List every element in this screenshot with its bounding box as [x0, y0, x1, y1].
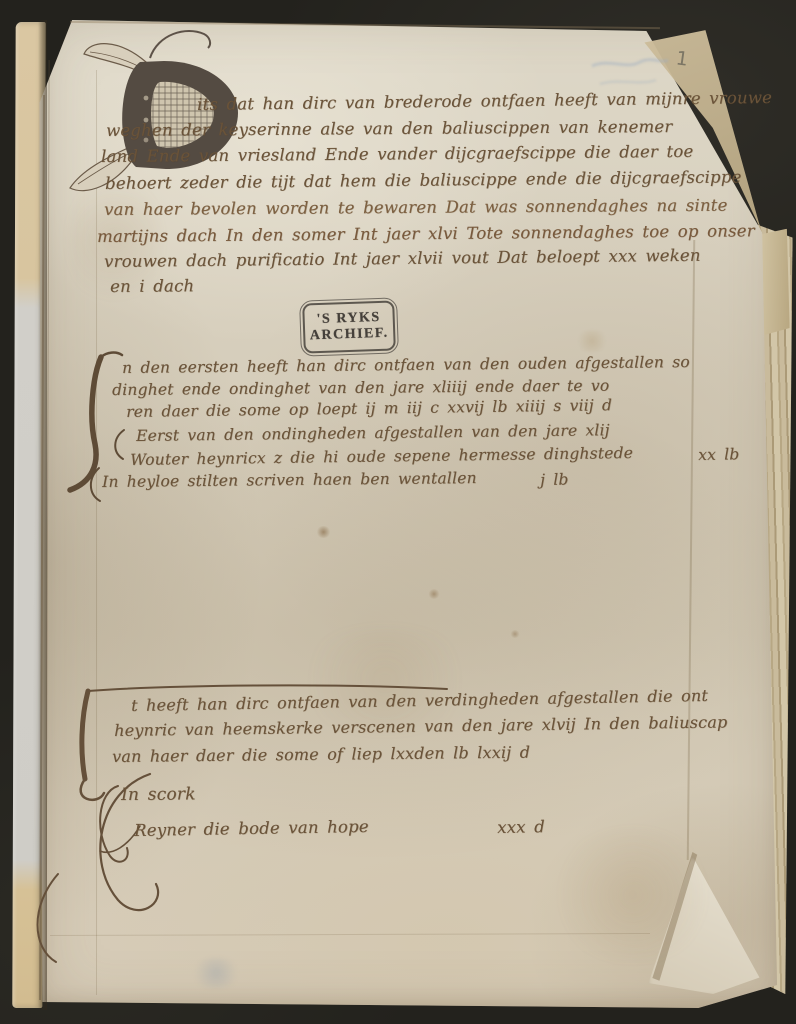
- amount-note: xx lb: [698, 445, 740, 464]
- initial-letter: D: [0, 0, 1, 1]
- ink-stain: [428, 589, 440, 599]
- amount-note: j lb: [540, 471, 569, 489]
- entry-amount: xxx d: [497, 817, 545, 837]
- pencil-smudge: [190, 958, 242, 988]
- initial-letter: I: [0, 0, 1, 1]
- stamp-line-2: ARCHIEF.: [310, 326, 389, 345]
- section-subheading: In scork: [121, 784, 196, 805]
- ink-stain: [316, 526, 331, 538]
- manuscript-line: weghen der keyserinne alse van den baliu…: [106, 117, 672, 140]
- parchment-stain: [548, 830, 718, 960]
- manuscript-photo: D its dat han dirc van brederode ontfaen…: [0, 0, 796, 1024]
- archive-stamp: 'S RYKS ARCHIEF.: [299, 297, 399, 356]
- manuscript-line: en i dach: [110, 276, 194, 296]
- initial-letter: I: [0, 0, 1, 1]
- ink-stain: [510, 630, 520, 638]
- parchment-stain: [290, 630, 480, 730]
- archive-stamp-border: 'S RYKS ARCHIEF.: [302, 300, 396, 353]
- parchment-stain: [575, 330, 609, 352]
